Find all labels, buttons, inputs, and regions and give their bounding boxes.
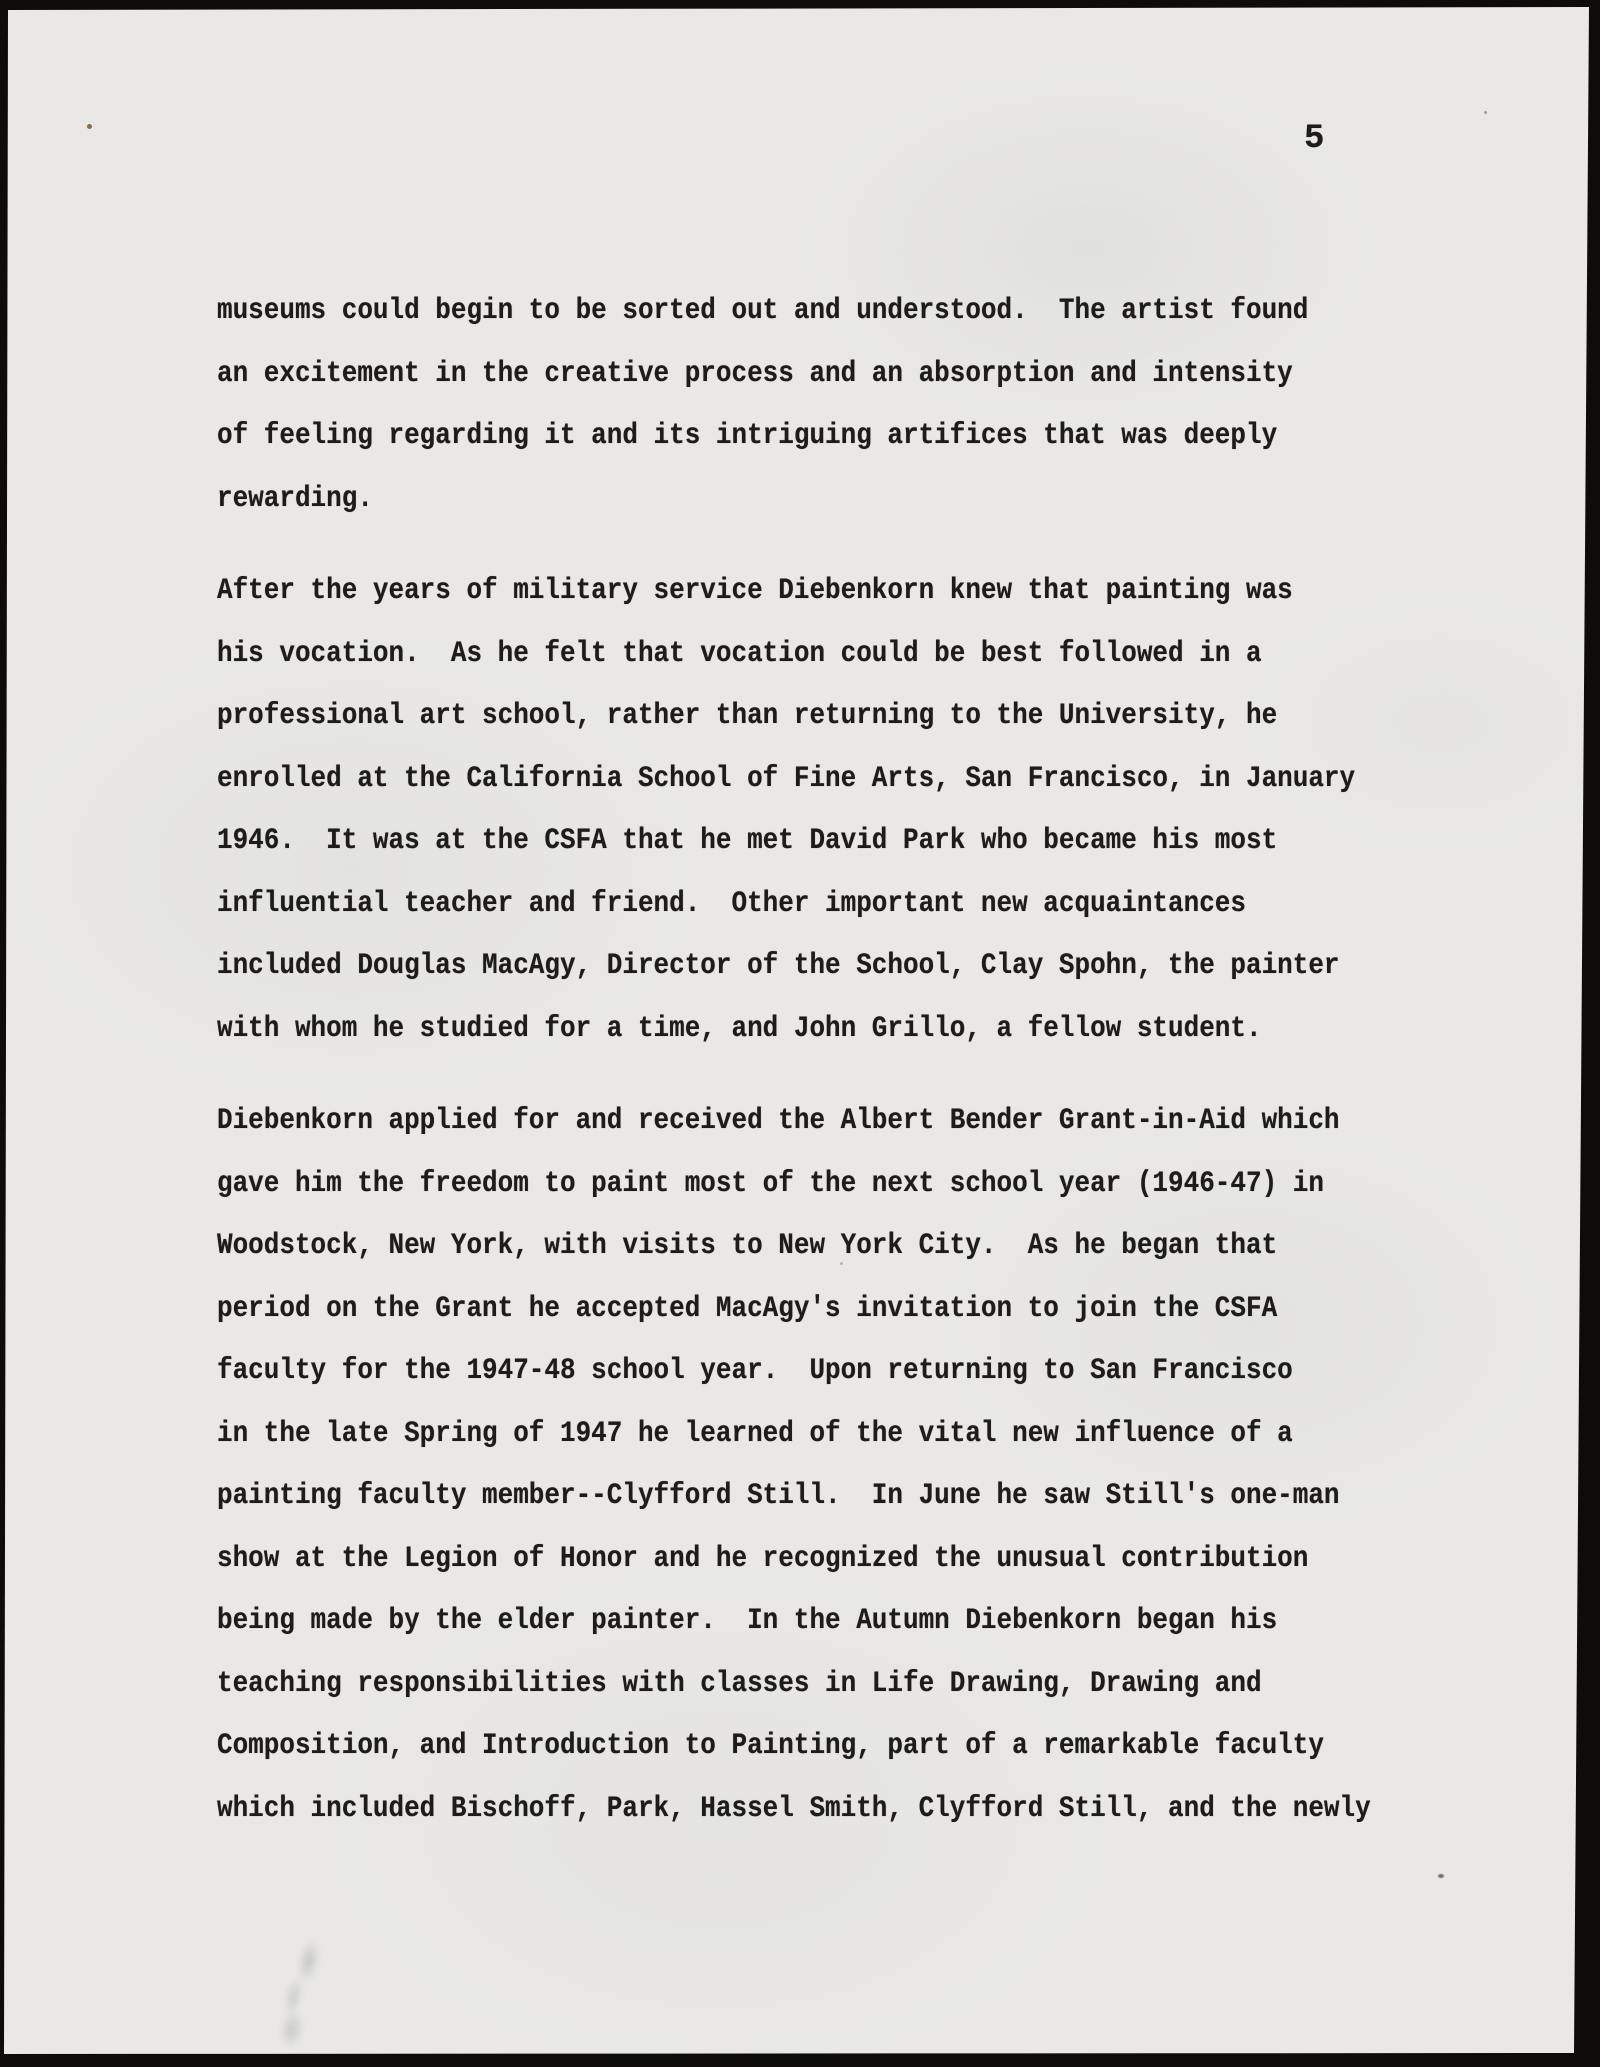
text-line: After the years of military service Dieb… [217, 560, 1369, 623]
scanned-document-page: 5 museums could begin to be sorted out a… [0, 0, 1600, 2067]
paragraph: museums could begin to be sorted out and… [217, 280, 1369, 530]
text-line: included Douglas MacAgy, Director of the… [217, 935, 1369, 998]
text-line: his vocation. As he felt that vocation c… [217, 623, 1369, 686]
text-line: Woodstock, New York, with visits to New … [217, 1215, 1369, 1278]
text-line: Composition, and Introduction to Paintin… [217, 1715, 1369, 1778]
text-line: gave him the freedom to paint most of th… [217, 1153, 1369, 1216]
text-line: faculty for the 1947-48 school year. Upo… [217, 1340, 1369, 1403]
paragraph: After the years of military service Dieb… [217, 560, 1369, 1060]
text-line: period on the Grant he accepted MacAgy's… [217, 1278, 1369, 1341]
text-line: influential teacher and friend. Other im… [217, 873, 1369, 936]
text-line: show at the Legion of Honor and he recog… [217, 1528, 1369, 1591]
paper-speck [1438, 1874, 1444, 1878]
text-line: teaching responsibilities with classes i… [217, 1653, 1369, 1716]
text-line: rewarding. [217, 468, 1369, 531]
paragraph: Diebenkorn applied for and received the … [217, 1090, 1369, 1840]
text-line: with whom he studied for a time, and Joh… [217, 998, 1369, 1061]
text-line: enrolled at the California School of Fin… [217, 748, 1369, 811]
document-body: museums could begin to be sorted out and… [217, 280, 1369, 1840]
text-line: painting faculty member--Clyfford Still.… [217, 1465, 1369, 1528]
text-line: an excitement in the creative process an… [217, 343, 1369, 406]
paper-speck [87, 124, 92, 129]
page-number: 5 [1304, 120, 1324, 158]
text-line: professional art school, rather than ret… [217, 685, 1369, 748]
paper-speck [1484, 111, 1487, 114]
text-line: in the late Spring of 1947 he learned of… [217, 1403, 1369, 1466]
text-line: 1946. It was at the CSFA that he met Dav… [217, 810, 1369, 873]
text-line: which included Bischoff, Park, Hassel Sm… [217, 1778, 1369, 1841]
text-line: Diebenkorn applied for and received the … [217, 1090, 1369, 1153]
text-line: museums could begin to be sorted out and… [217, 280, 1369, 343]
text-line: of feeling regarding it and its intrigui… [217, 405, 1369, 468]
text-line: being made by the elder painter. In the … [217, 1590, 1369, 1653]
paper-sheet: 5 museums could begin to be sorted out a… [0, 0, 1600, 2067]
